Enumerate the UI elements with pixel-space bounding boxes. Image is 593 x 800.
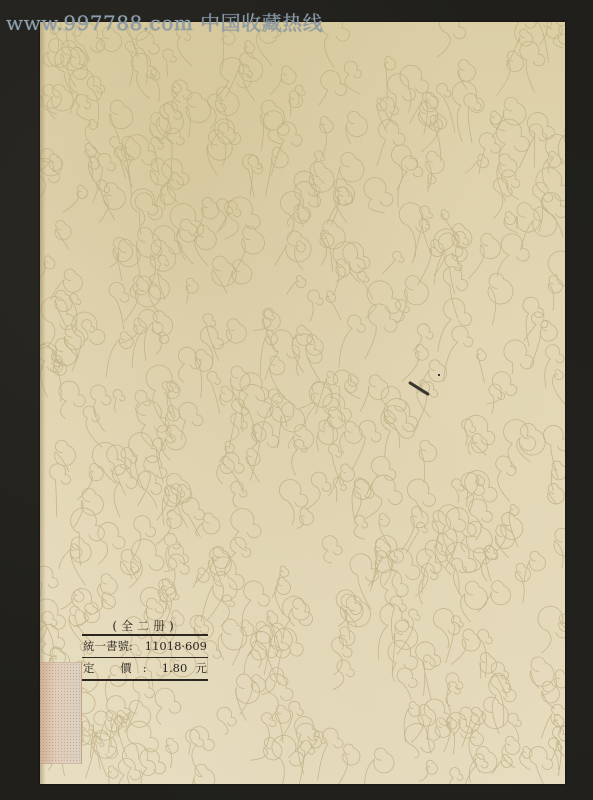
volume-count: (全二册) (82, 618, 208, 634)
watermark: www.997788.com 中国收藏热线 (6, 7, 323, 36)
catalog-number-row: 統一書號: 11018·609 (82, 636, 208, 657)
watermark-site: www.997788.com (6, 11, 193, 35)
ink-dot (438, 374, 440, 376)
book-back-cover: (全二册) 統一書號: 11018·609 定 價: 1.80 元 (40, 22, 565, 784)
price-row: 定 價: 1.80 元 (82, 658, 208, 679)
catalog-label: 統一書號: (83, 636, 133, 657)
catalog-number: 11018·609 (145, 636, 207, 657)
library-sticker-residue (40, 662, 82, 764)
watermark-name: 中国收藏热线 (200, 11, 323, 35)
price-value: 1.80 (162, 658, 188, 679)
price-label: 定 價: (83, 658, 158, 679)
price-label-block: (全二册) 統一書號: 11018·609 定 價: 1.80 元 (82, 618, 208, 681)
divider (82, 679, 208, 681)
price-unit: 元 (195, 658, 207, 679)
